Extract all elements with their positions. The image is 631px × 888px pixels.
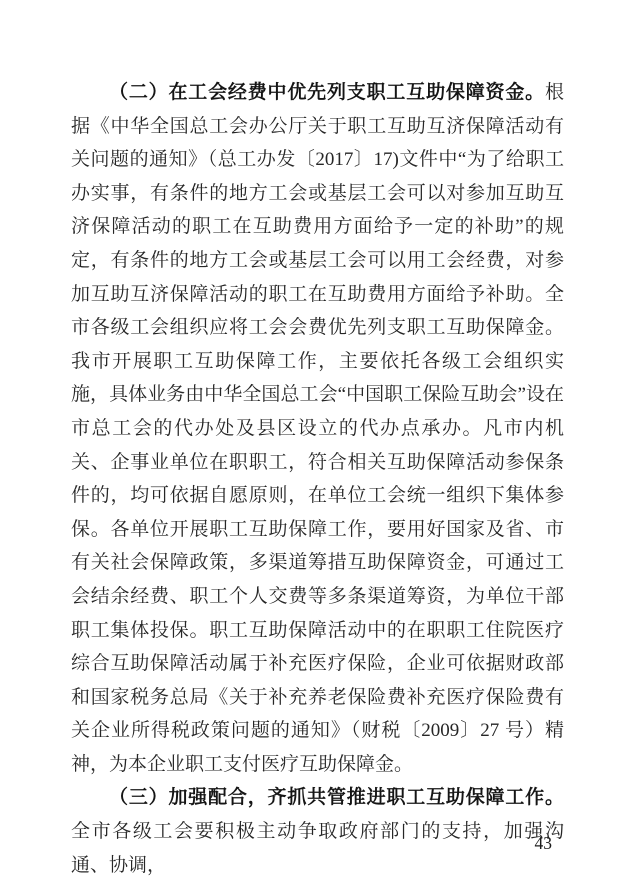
paragraph-2-body: 根据《中华全国总工会办公厅关于职工互助互济保障活动有关问题的通知》（总工办发〔2… [71, 82, 564, 775]
paragraph-2: （二）在工会经费中优先列支职工互助保障资金。根据《中华全国总工会办公厅关于职工互… [71, 76, 564, 781]
paragraph-2-lead: （二）在工会经费中优先列支职工互助保障资金。 [109, 82, 545, 103]
page-number: 43 [535, 832, 553, 854]
paragraph-3-lead: （三）加强配合，齐抓共管推进职工互助保障工作。 [109, 787, 564, 808]
paragraph-3: （三）加强配合，齐抓共管推进职工互助保障工作。全市各级工会要积极主动争取政府部门… [71, 781, 564, 882]
document-page: （二）在工会经费中优先列支职工互助保障资金。根据《中华全国总工会办公厅关于职工互… [0, 0, 631, 888]
paragraph-3-body: 全市各级工会要积极主动争取政府部门的支持，加强沟通、协调， [71, 821, 564, 876]
document-body: （二）在工会经费中优先列支职工互助保障资金。根据《中华全国总工会办公厅关于职工互… [71, 76, 564, 882]
